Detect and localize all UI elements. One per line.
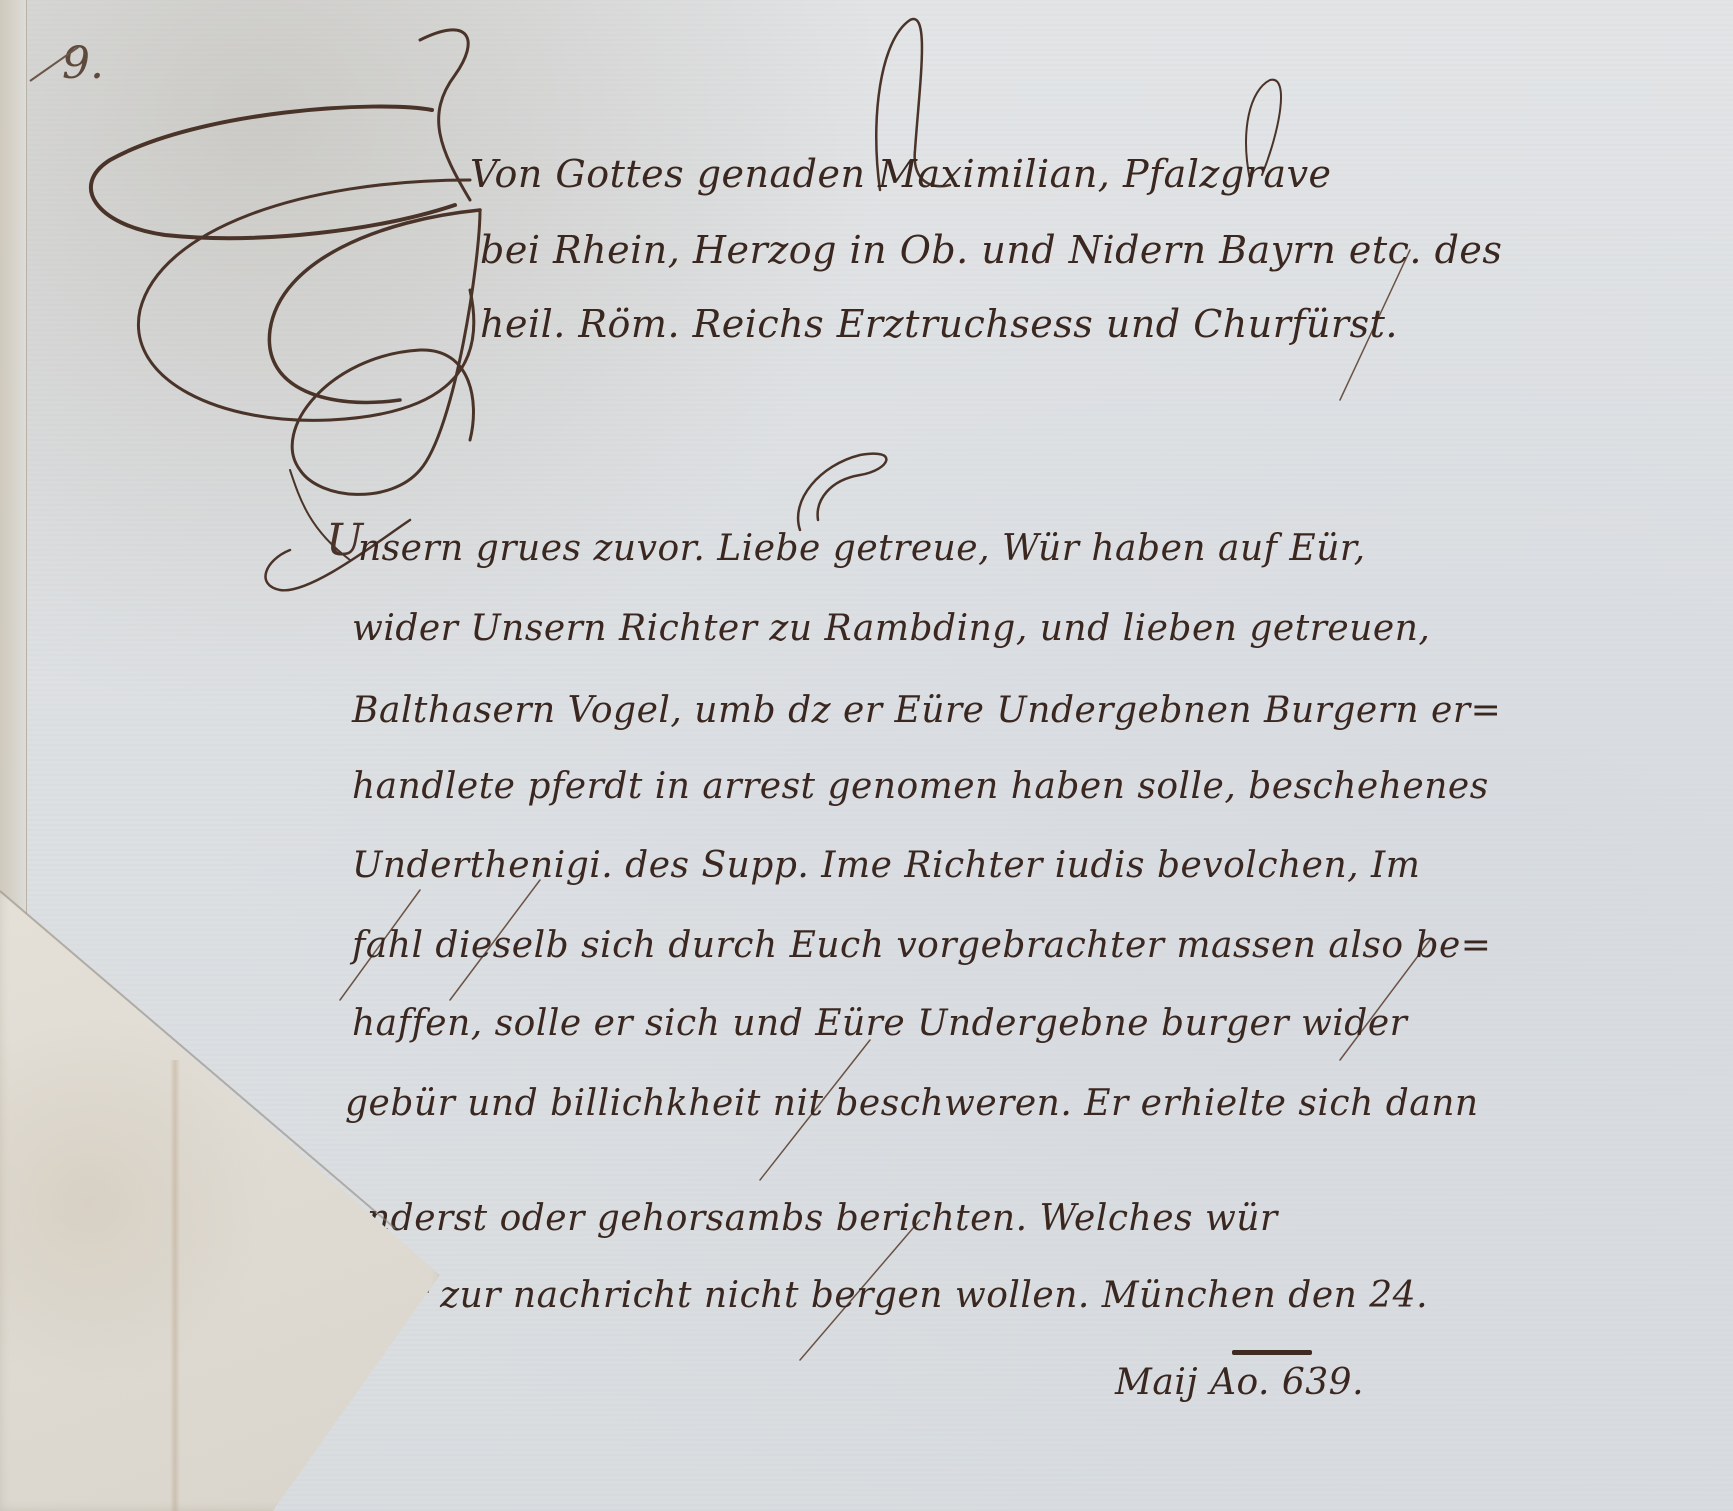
body-line-5: Underthenigi. des Supp. Ime Richter iudi… (352, 845, 1420, 886)
body-line-1: nsern grues zuvor. Liebe getreue, Wür ha… (358, 528, 1366, 569)
body-line-6: fahl dieselb sich durch Euch vorgebracht… (352, 925, 1491, 966)
body-line-2: wider Unsern Richter zu Rambding, und li… (352, 608, 1430, 649)
fold-crease-stain (170, 1060, 180, 1511)
header-line-3: heil. Röm. Reichs Erztruchsess und Churf… (480, 302, 1398, 346)
folio-number: 9. (62, 38, 104, 89)
manuscript-page: 9. Von Gottes genaden Maximilian, Pfal (0, 0, 1733, 1511)
body-line-8: gebür und billichkheit nit beschweren. E… (345, 1083, 1479, 1124)
date-line: Maij Ao. 639. (1115, 1362, 1364, 1403)
body-line-9: anderst oder gehorsambs berichten. Welch… (345, 1198, 1278, 1239)
body-line-7: haffen, solle er sich und Eüre Undergebn… (352, 1003, 1407, 1044)
header-line-1: Von Gottes genaden Maximilian, Pfalzgrav… (470, 152, 1332, 196)
body-line-3: Balthasern Vogel, umb dz er Eüre Underge… (352, 690, 1501, 731)
date-overline (1232, 1350, 1312, 1355)
body-line-10: Eür zur nachricht nicht bergen wollen. M… (360, 1275, 1428, 1316)
body-line-4: handlete pferdt in arrest genomen haben … (352, 766, 1489, 807)
header-line-2: bei Rhein, Herzog in Ob. und Nidern Bayr… (480, 228, 1502, 272)
